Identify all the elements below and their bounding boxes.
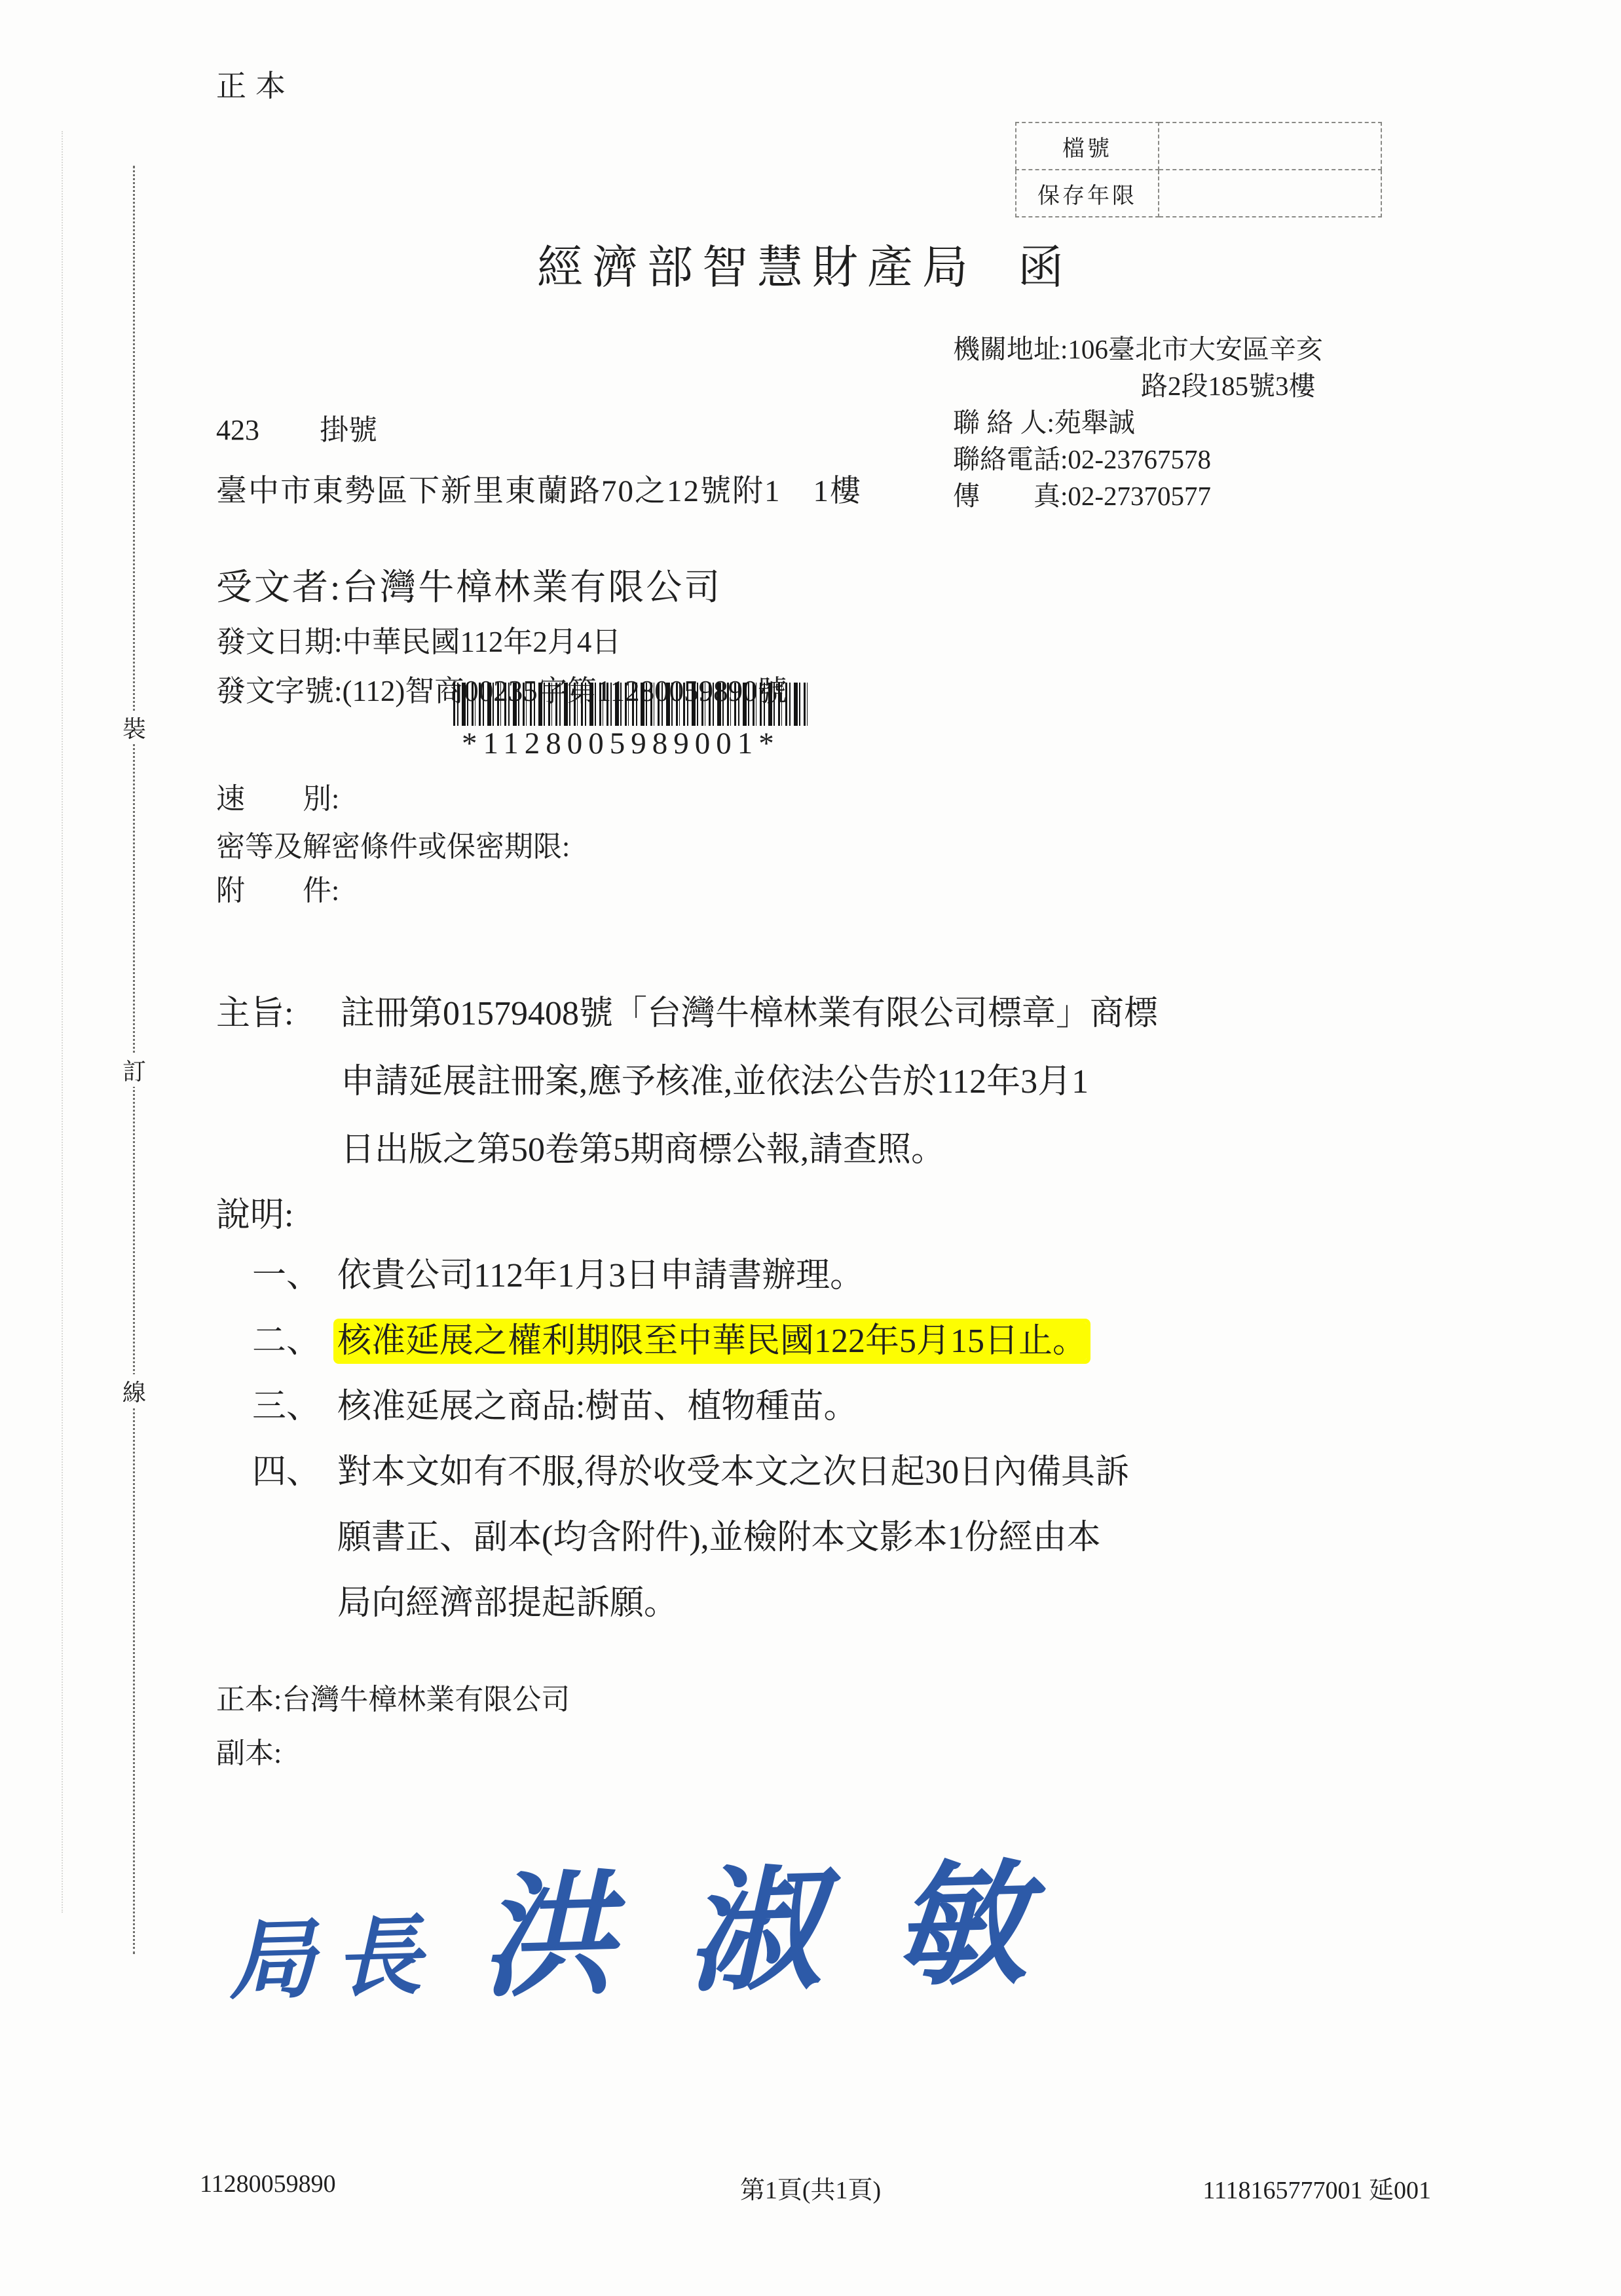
barcode-text: *1128005989001* [462, 726, 780, 761]
barcode [453, 683, 810, 726]
retention-period-label: 保存年限 [1016, 170, 1159, 217]
recipient-line: 受文者:台灣牛樟林業有限公司 [216, 558, 722, 610]
copy-type-label: 正本 [216, 62, 295, 105]
subject-text: 註冊第01579408號「台灣牛樟林業有限公司標章」商標 申請延展註冊案,應予核… [341, 995, 1158, 1169]
distribution-original-line: 正本:台灣牛樟林業有限公司 [216, 1676, 570, 1718]
agency-address-wrap: 路2段185號3樓 [953, 367, 1323, 404]
attachment-line: 附 件: [216, 867, 339, 909]
explanation-label: 說明: [216, 1187, 293, 1236]
item-text-highlighted: 核准延展之權利期限至中華民國122年5月15日止。 [337, 1323, 1087, 1360]
item-number: 三、 [252, 1374, 320, 1440]
official-letter-page: 裝 訂 線 正本 檔號 保存年限 經濟部智慧財產局函 機關地址:106臺北市大安… [0, 0, 1621, 2296]
footer-reference-code: 1118165777001 延001 [1202, 2170, 1431, 2206]
binding-mark-xian: 線 [120, 1374, 149, 1408]
speed-class-line: 速 別: [216, 775, 339, 817]
explanation-items: 一、 依貴公司112年1月3日申請書辦理。 二、 核准延展之權利期限至中華民國1… [252, 1243, 1464, 1636]
mail-registration-line: 423掛號 [216, 406, 377, 448]
registered-mail-label: 掛號 [320, 414, 377, 446]
binding-mark-ding: 訂 [120, 1053, 149, 1087]
item-number: 一、 [252, 1243, 320, 1309]
faint-edge-dotted-line [62, 131, 63, 1913]
list-item-3: 三、 核准延展之商品:樹苗、植物種苗。 [252, 1374, 1464, 1440]
recipient-address: 臺中市東勢區下新里東蘭路70之12號附1 1樓 [216, 466, 862, 510]
security-class-line: 密等及解密條件或保密期限: [216, 823, 570, 865]
list-item-1: 一、 依貴公司112年1月3日申請書辦理。 [252, 1243, 1464, 1309]
item-number: 二、 [252, 1309, 320, 1374]
item-text: 依貴公司112年1月3日申請書辦理。 [337, 1257, 864, 1294]
table-row: 檔號 [1016, 122, 1381, 170]
retention-period-value [1159, 170, 1381, 217]
document-title: 經濟部智慧財產局函 [537, 231, 1073, 297]
issue-date-line: 發文日期:中華民國112年2月4日 [216, 618, 621, 660]
signer-name: 洪淑敏 [478, 1850, 1103, 2014]
item-text: 核准延展之商品:樹苗、植物種苗。 [337, 1388, 857, 1425]
table-row: 保存年限 [1016, 170, 1381, 217]
subject-paragraph: 主旨: 註冊第01579408號「台灣牛樟林業有限公司標章」商標 申請延展註冊案… [216, 980, 1447, 1184]
signer-title: 局長 [227, 1908, 442, 2010]
issuing-agency-name: 經濟部智慧財產局 [537, 243, 977, 293]
fax-line: 傳 真:02-27370577 [953, 478, 1323, 514]
file-number-table: 檔號 保存年限 [1015, 122, 1382, 217]
file-number-value [1159, 122, 1381, 170]
director-general-signature: 局長洪淑敏 [225, 1815, 1102, 2030]
subject-label: 主旨: [216, 980, 293, 1048]
file-number-label: 檔號 [1016, 122, 1159, 170]
distribution-copy-line: 副本: [216, 1729, 282, 1771]
binding-mark-zhuang: 裝 [120, 711, 149, 744]
postal-code: 423 [216, 414, 259, 446]
contact-phone-line: 聯絡電話:02-23767578 [953, 441, 1323, 478]
contact-person-line: 聯 絡 人:苑舉誠 [953, 404, 1323, 441]
item-text: 對本文如有不服,得於收受本文之次日起30日內備具訴 願書正、副本(均含附件),並… [337, 1454, 1129, 1622]
agency-contact-block: 機關地址:106臺北市大安區辛亥 路2段185號3樓 聯 絡 人:苑舉誠 聯絡電… [953, 331, 1323, 514]
agency-address-line: 機關地址:106臺北市大安區辛亥 [953, 331, 1323, 367]
list-item-2: 二、 核准延展之權利期限至中華民國122年5月15日止。 [252, 1309, 1464, 1374]
item-number: 四、 [252, 1440, 320, 1505]
document-type: 函 [1018, 243, 1073, 293]
list-item-4: 四、 對本文如有不服,得於收受本文之次日起30日內備具訴 願書正、副本(均含附件… [252, 1440, 1464, 1636]
